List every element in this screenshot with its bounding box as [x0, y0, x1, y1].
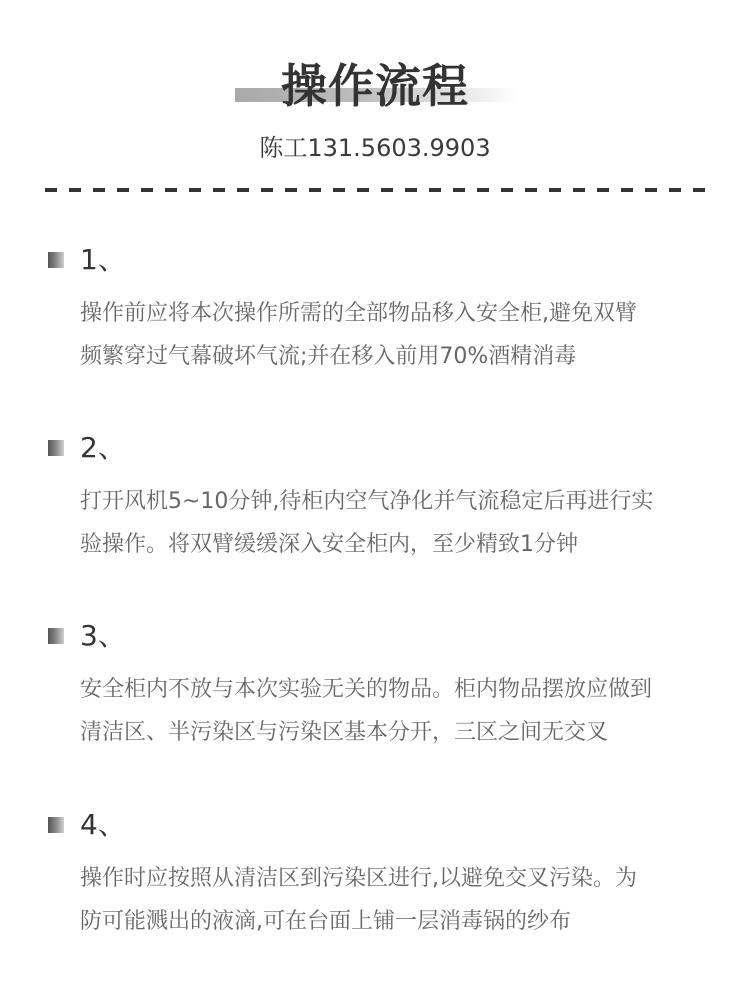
step-heading: 3、	[48, 618, 126, 654]
step-number: 3、	[80, 618, 126, 654]
step-heading: 2、	[48, 430, 126, 466]
description-line: 打开风机5~10分钟,待柜内空气净化并气流稳定后再进行实	[80, 480, 720, 523]
square-bullet-icon	[48, 628, 64, 644]
description-line: 频繁穿过气幕破坏气流;并在移入前用70%酒精消毒	[80, 335, 720, 378]
step-number: 1、	[80, 242, 126, 278]
description-line: 安全柜内不放与本次实验无关的物品。柜内物品摆放应做到	[80, 668, 720, 711]
square-bullet-icon	[48, 440, 64, 456]
step-description: 打开风机5~10分钟,待柜内空气净化并气流稳定后再进行实 验操作。将双臂缓缓深入…	[80, 480, 720, 566]
step-number: 2、	[80, 430, 126, 466]
description-line: 操作前应将本次操作所需的全部物品移入安全柜,避免双臂	[80, 292, 720, 335]
step-description: 操作时应按照从清洁区到污染区进行,以避免交叉污染。为 防可能溅出的液滴,可在台面…	[80, 857, 720, 943]
contact-subtitle: 陈工131.5603.9903	[0, 130, 750, 166]
step-description: 操作前应将本次操作所需的全部物品移入安全柜,避免双臂 频繁穿过气幕破坏气流;并在…	[80, 292, 720, 378]
step-description: 安全柜内不放与本次实验无关的物品。柜内物品摆放应做到 清洁区、半污染区与污染区基…	[80, 668, 720, 754]
step-heading: 1、	[48, 242, 126, 278]
page-header: 操作流程	[0, 56, 750, 116]
step-heading: 4、	[48, 807, 126, 843]
square-bullet-icon	[48, 817, 64, 833]
dashed-divider	[45, 188, 707, 192]
page-title: 操作流程	[0, 56, 750, 116]
description-line: 操作时应按照从清洁区到污染区进行,以避免交叉污染。为	[80, 857, 720, 900]
step-number: 4、	[80, 807, 126, 843]
description-line: 防可能溅出的液滴,可在台面上铺一层消毒锅的纱布	[80, 900, 720, 943]
description-line: 清洁区、半污染区与污染区基本分开，三区之间无交叉	[80, 711, 720, 754]
description-line: 验操作。将双臂缓缓深入安全柜内，至少精致1分钟	[80, 523, 720, 566]
square-bullet-icon	[48, 252, 64, 268]
